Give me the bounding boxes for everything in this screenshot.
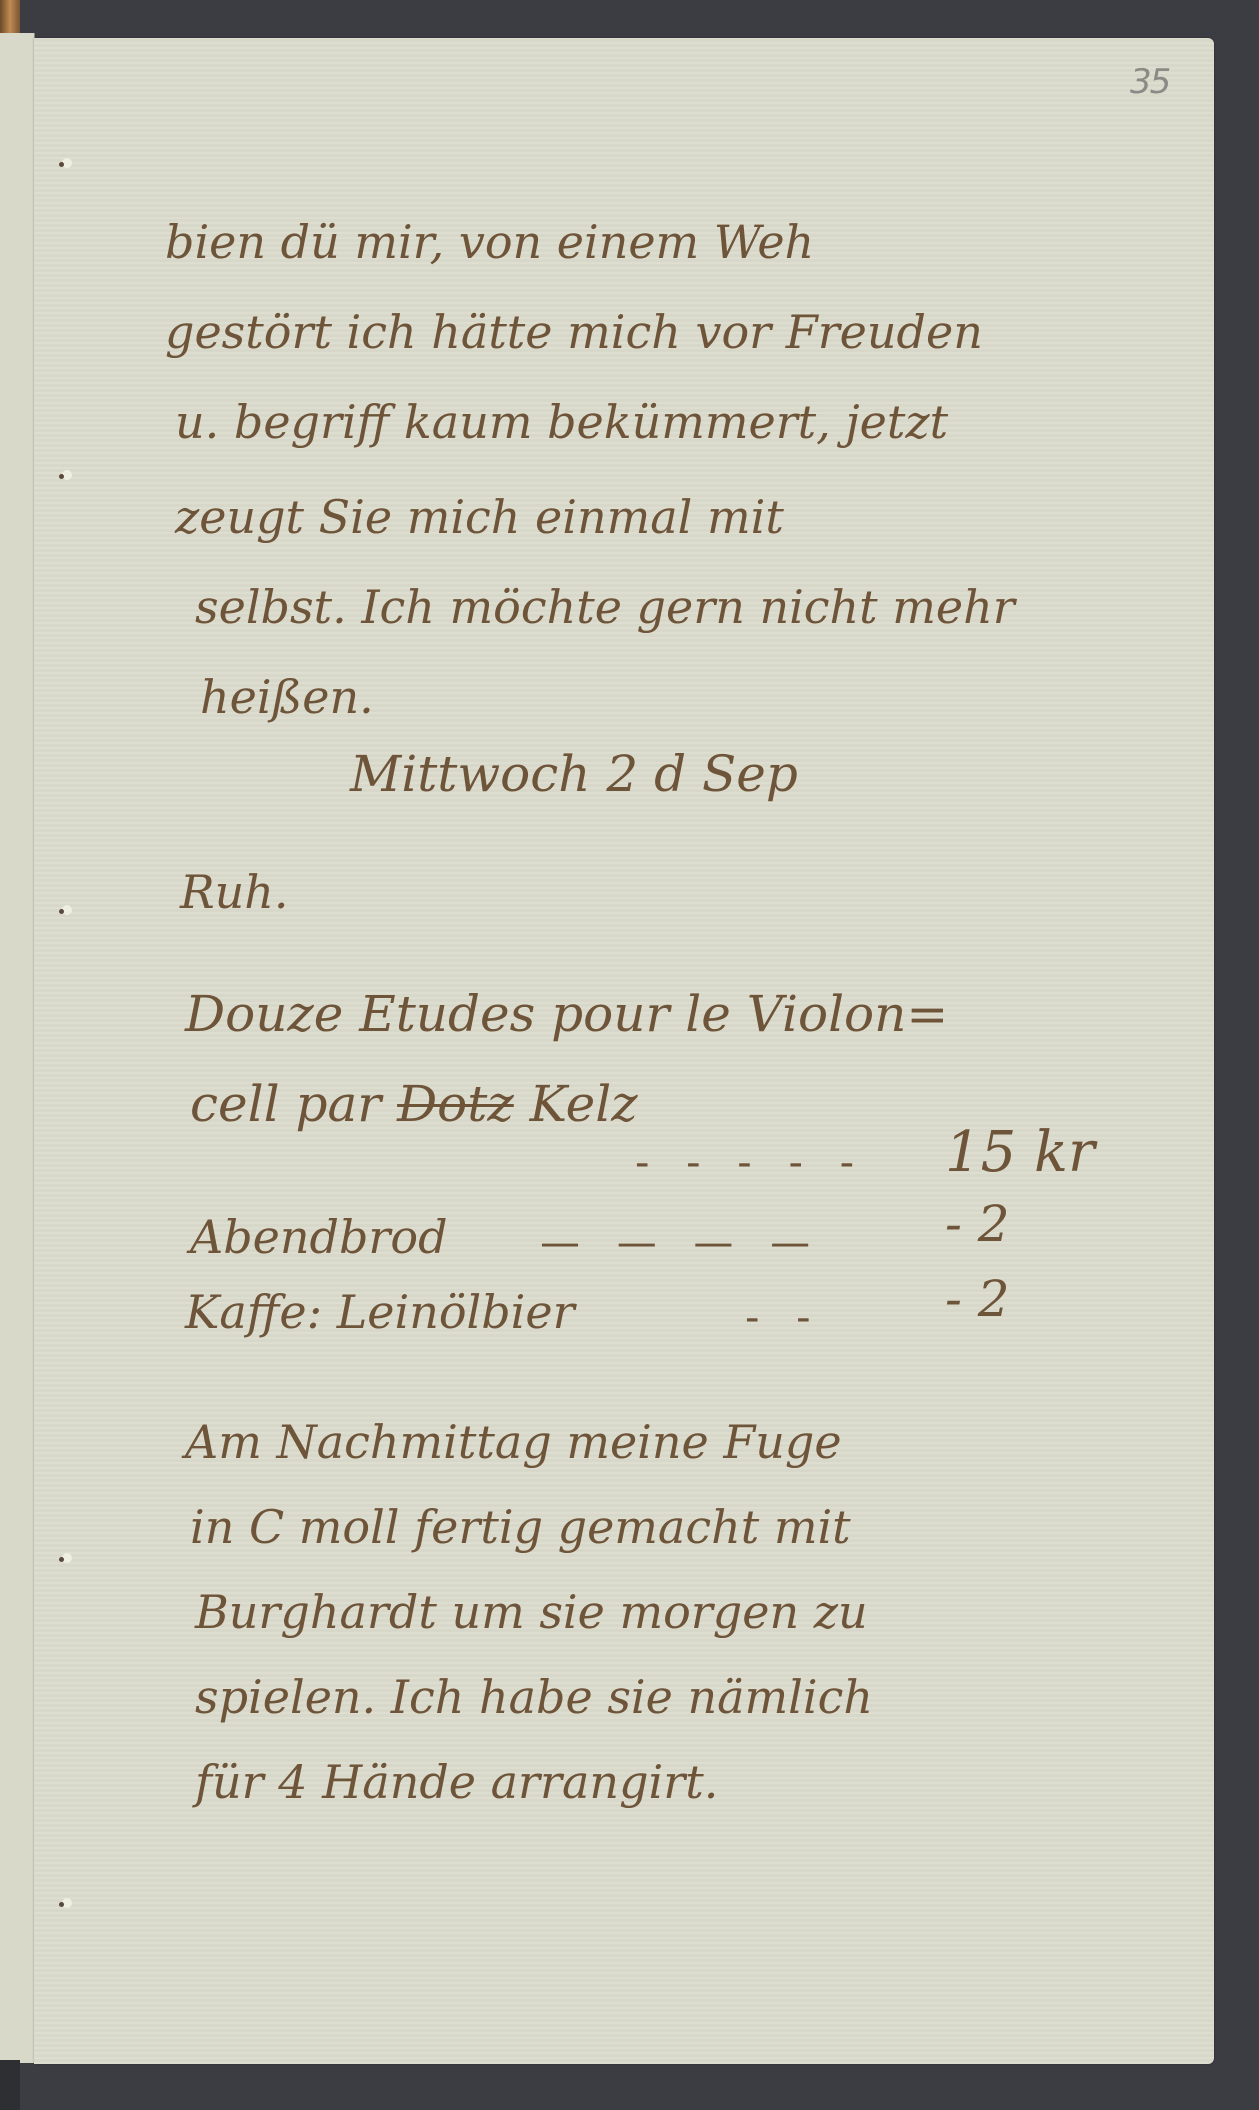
leader-dashes: - - - - - [635, 1140, 866, 1186]
book-spine-bottom [0, 2060, 20, 2110]
text-line: Am Nachmittag meine Fuge [185, 1415, 842, 1469]
expense-amount: - 2 [945, 1270, 1010, 1328]
purchase-line-2: cell par Dotz Kelz [190, 1075, 638, 1133]
purchase-amount: 15 kr [945, 1120, 1095, 1185]
page-number: 35 [1130, 62, 1169, 102]
text-line: gestört ich hätte mich vor Freuden [165, 305, 983, 359]
binding-hole [62, 158, 72, 168]
left-page-edge [0, 33, 35, 2063]
binding-hole [62, 1898, 72, 1908]
purchase-suffix: Kelz [530, 1075, 638, 1133]
section-heading: Ruh. [180, 865, 289, 919]
binding-hole [62, 1553, 72, 1563]
text-line: heißen. [200, 670, 374, 724]
text-line: selbst. Ich möchte gern nicht mehr [195, 580, 1015, 634]
text-line: bien dü mir, von einem Weh [165, 215, 814, 269]
text-line: für 4 Hände arrangirt. [195, 1755, 718, 1809]
text-line: zeugt Sie mich einmal mit [175, 490, 784, 544]
text-line: u. begriff kaum bekümmert, jetzt [175, 395, 948, 449]
struck-word: Dotz [397, 1075, 514, 1133]
date-line: Mittwoch 2 d Sep [350, 745, 798, 803]
binding-hole [62, 470, 72, 480]
binding-hole [62, 905, 72, 915]
leader-dashes: - - [745, 1295, 823, 1341]
leader-dashes: — — — — [540, 1220, 822, 1266]
text-line: Burghardt um sie morgen zu [195, 1585, 868, 1639]
text-line: in C moll fertig gemacht mit [190, 1500, 851, 1554]
expense-label: Abendbrod [190, 1210, 448, 1264]
text-line: spielen. Ich habe sie nämlich [195, 1670, 873, 1724]
expense-label: Kaffe: Leinölbier [185, 1285, 575, 1339]
purchase-line-1: Douze Etudes pour le Violon= [185, 985, 948, 1043]
purchase-prefix: cell par [190, 1075, 381, 1133]
expense-amount: - 2 [945, 1195, 1010, 1253]
